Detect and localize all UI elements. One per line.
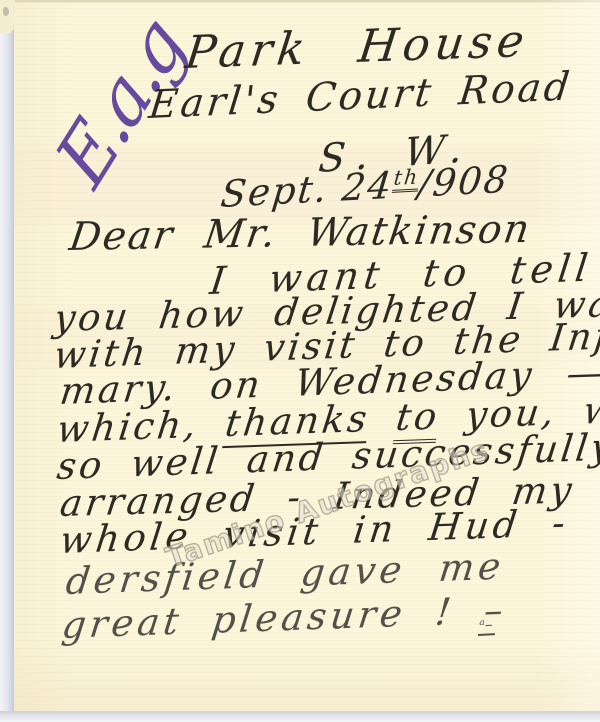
- closing-dash-mark: ᵃ–: [477, 617, 495, 636]
- date-line: Sept. 24th/908: [219, 161, 511, 213]
- scanned-letter: E.a.g Park House Earl's Court Road S. W.…: [0, 0, 600, 722]
- letter-text-layer: E.a.g Park House Earl's Court Road S. W.…: [0, 0, 600, 722]
- address-line-house: Park House: [183, 18, 532, 75]
- date-ordinal-superscript: th: [392, 164, 420, 193]
- date-suffix: /908: [416, 158, 512, 206]
- date-prefix: Sept. 24: [219, 164, 396, 216]
